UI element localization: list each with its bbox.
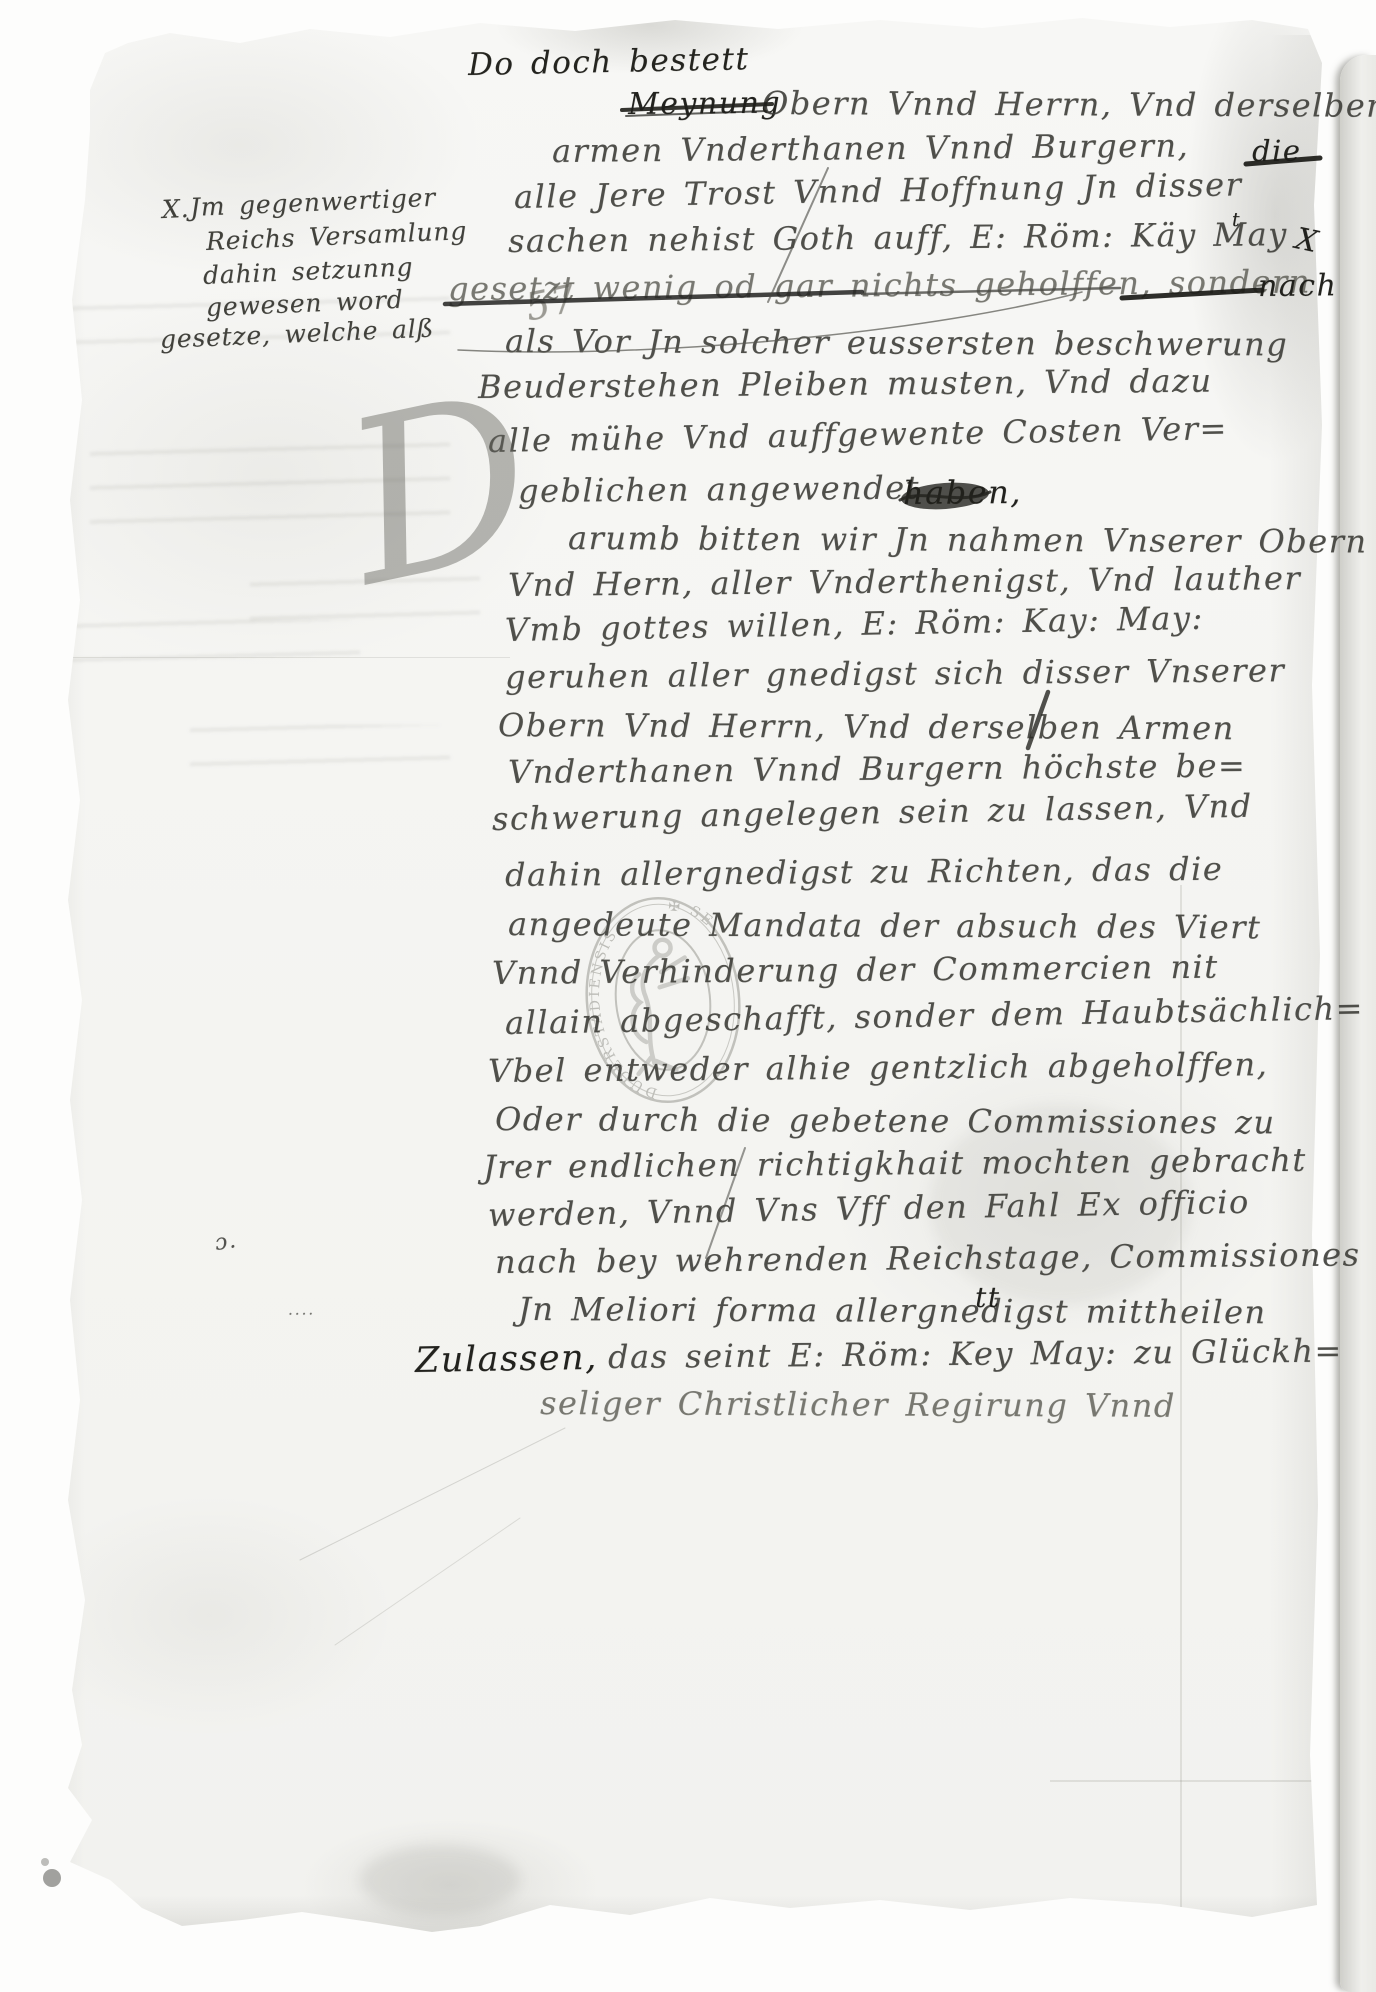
page-edge-shadow-bottom (30, 1895, 1360, 1950)
manuscript-line: Obern Vnd Herrn, Vnd derselben Armen (498, 708, 1235, 746)
margin-note-mark: X. (161, 195, 189, 224)
manuscript-line: armen Vnderthanen Vnnd Burgern, (552, 128, 1189, 169)
manuscript-line: geblichen angewendet (518, 470, 920, 509)
heading: Do doch bestett (468, 42, 750, 82)
ghost-bleedthrough (190, 725, 450, 775)
correction-mark: tt (975, 1283, 1001, 1314)
manuscript-line: Vnd Hern, aller Vnderthenigst, Vnd lauth… (508, 561, 1301, 603)
manuscript-line: Beuderstehen Pleiben musten, Vnd dazu (478, 364, 1213, 406)
stray-ink-mark: ɔ. (213, 1229, 238, 1256)
manuscript-line: Oder durch die gebetene Commissiones zu (495, 1102, 1276, 1141)
struck-line: gesetzt wenig od gar nichts geholffen, s… (448, 264, 1311, 307)
manuscript-line: das seint E: Röm: Key May: zu Glückh= (608, 1334, 1343, 1376)
struck-word: Meynung (628, 87, 781, 121)
manuscript-line: Vbel entweder alhie gentzlich abgeholffe… (488, 1047, 1269, 1089)
manuscript-line: Vnnd Verhinderung der Commercien nit (492, 950, 1219, 992)
manuscript-line: sachen nehist Goth auff, E: Röm: Käy May (508, 217, 1288, 259)
fold-crease-vertical (1180, 885, 1182, 1935)
manuscript-line: Obern Vnnd Herrn, Vnd derselben (762, 86, 1376, 124)
fold-crease-horizontal (1050, 1780, 1320, 1782)
manuscript-line: dahin allergnedigst zu Richten, das die (505, 852, 1223, 893)
manuscript-line: Jn Meliori forma allergnedigst mittheile… (518, 1292, 1267, 1330)
manuscript-line: seliger Christlicher Regirung Vnnd (540, 1386, 1176, 1424)
manuscript-line: Vnderthanen Vnnd Burgern höchste be= (508, 749, 1247, 791)
struck-word: die (1252, 136, 1302, 168)
manuscript-line: Jrer endlichen richtigkhait mochten gebr… (483, 1143, 1307, 1185)
manuscript-line: arumb bitten wir Jn nahmen Vnserer Obern (568, 521, 1368, 560)
fold-crease-horizontal (40, 657, 510, 658)
ghost-bleedthrough (60, 620, 360, 670)
manuscript-line: angedeute Mandata der absuch des Viert (508, 907, 1261, 945)
corner-stain (43, 1869, 61, 1887)
stain (360, 1845, 520, 1915)
manuscript-line: als Vor Jn solcher eussersten beschwerun… (505, 324, 1288, 363)
superscript-letter: t (1232, 210, 1241, 231)
manuscript-line: geruhen aller gnedigst sich disser Vnser… (505, 653, 1286, 695)
stray-ink-mark: ···· (288, 1306, 315, 1323)
manuscript-line: nach bey wehrenden Reichstage, Commissio… (495, 1237, 1361, 1280)
blotted-word: haben, (903, 475, 1022, 511)
emphasis-word: Zulassen, (415, 1339, 598, 1381)
addition-word: nach (1258, 269, 1338, 303)
